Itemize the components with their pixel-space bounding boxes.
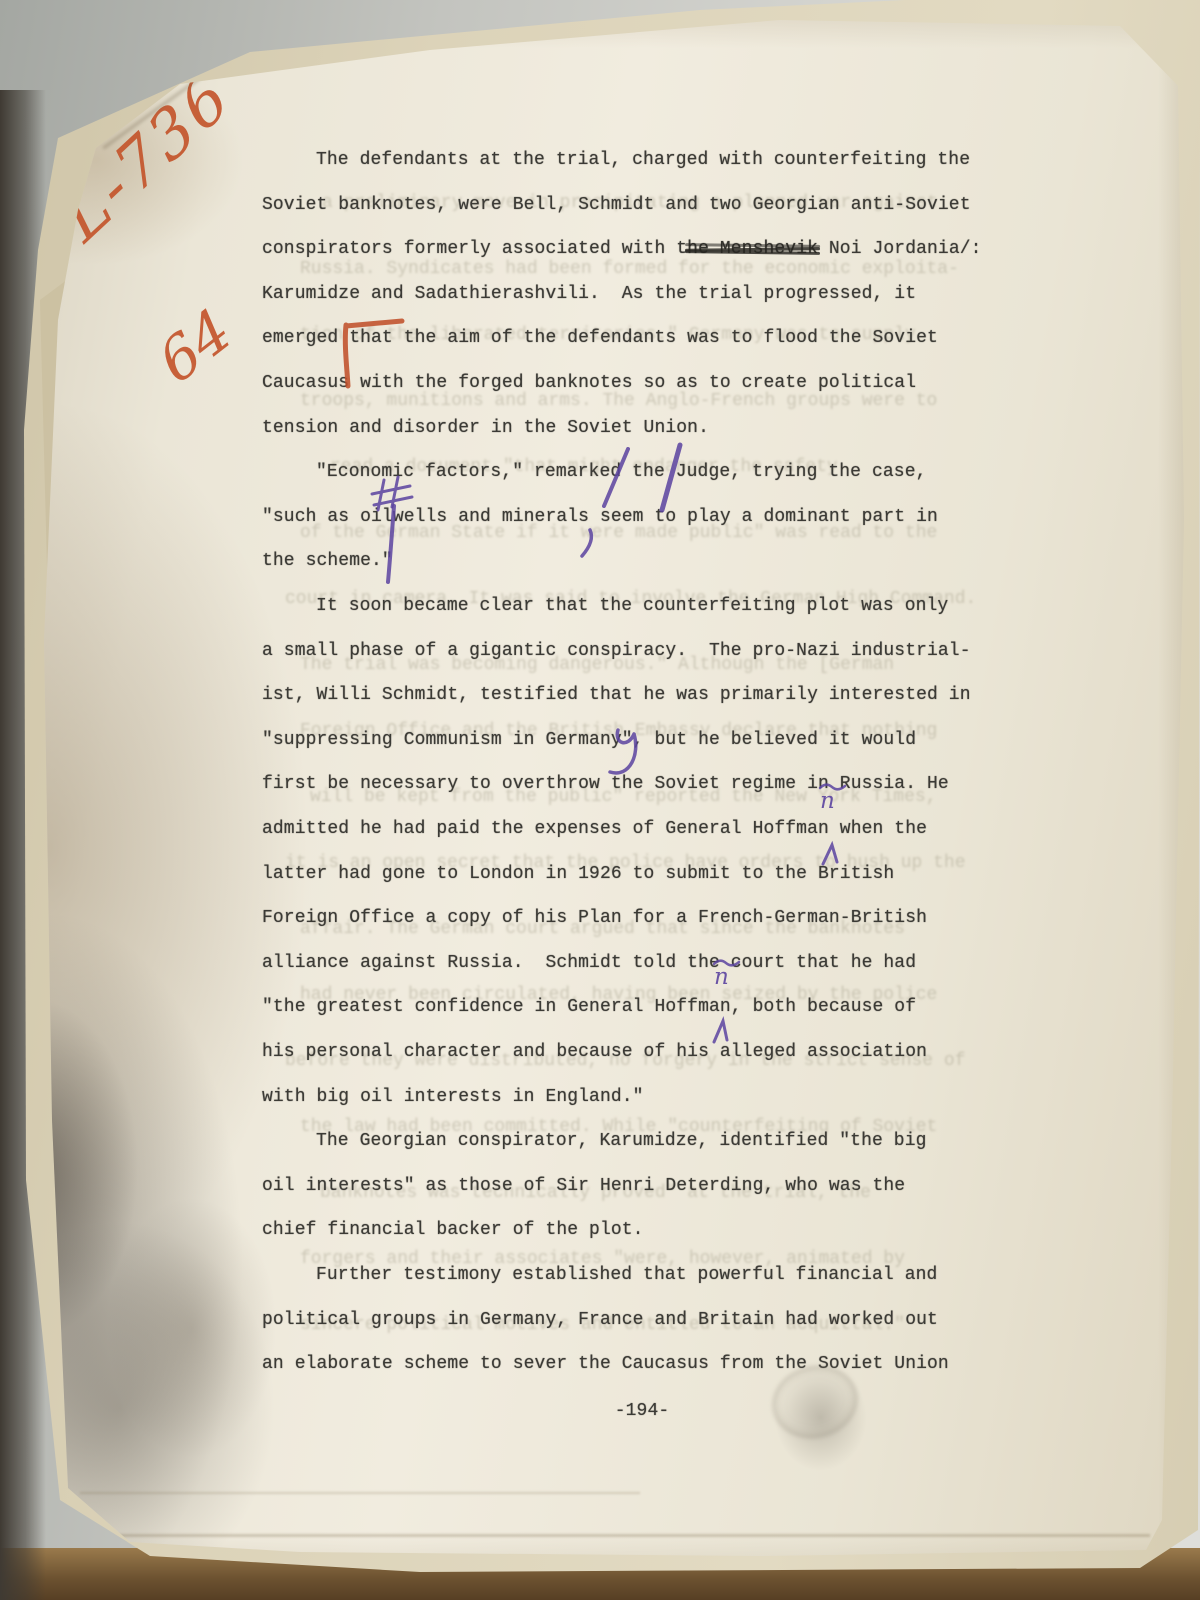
struck-out-text: he Menshevik	[687, 239, 818, 259]
transpose-mark	[604, 710, 678, 796]
document-page: a preliminary move in precipitating a pl…	[0, 0, 1200, 1600]
typed-line: It soon became clear that the counterfei…	[262, 594, 1056, 618]
typed-line: an elaborate scheme to sever the Caucasu…	[262, 1352, 1002, 1376]
typed-line: Foreign Office a copy of his Plan for a …	[262, 906, 1002, 930]
caret-under-n-1	[818, 840, 844, 868]
typed-line: his personal character and because of hi…	[262, 1040, 1002, 1064]
tilde-over-n-2	[712, 956, 742, 968]
tilde-over-n-1	[818, 780, 848, 792]
horizontal-crease	[70, 1534, 1150, 1537]
typed-line: Karumidze and Sadathierashvili. As the t…	[262, 282, 1002, 306]
typed-line: political groups in Germany, France and …	[262, 1308, 1002, 1332]
horizontal-crease	[80, 1492, 640, 1494]
typed-line: Soviet banknotes, were Bell, Schmidt and…	[262, 193, 1002, 217]
typed-line: alliance against Russia. Schmidt told th…	[262, 951, 1002, 975]
typed-line: oil interests" as those of Sir Henri Det…	[262, 1174, 1002, 1198]
typed-line: with big oil interests in England."	[262, 1085, 1002, 1109]
typed-line: conspirators formerly associated with th…	[262, 237, 1002, 261]
typed-line: "the greatest confidence in General Hoff…	[262, 995, 1002, 1019]
typed-line: ist, Willi Schmidt, testified that he wa…	[262, 683, 1002, 707]
typed-line: tension and disorder in the Soviet Union…	[262, 416, 1002, 440]
typed-line: The defendants at the trial, charged wit…	[262, 148, 1056, 172]
line-segment: conspirators formerly associated with t	[262, 239, 687, 259]
insert-space-mark	[370, 472, 420, 590]
caret-under-n-2	[710, 1016, 736, 1046]
photo-of-manuscript-page: a preliminary move in precipitating a pl…	[0, 0, 1200, 1600]
typed-line: Further testimony established that power…	[262, 1263, 1056, 1287]
insert-comma-mark	[578, 526, 600, 562]
lowercase-slash-mark	[596, 444, 636, 514]
typed-line: admitted he had paid the expenses of Gen…	[262, 817, 1002, 841]
typed-line: a small phase of a gigantic conspiracy. …	[262, 639, 1002, 663]
ghost-line: Russia. Syndicates had been formed for t…	[300, 259, 959, 279]
delete-comma-slash-mark	[652, 440, 688, 518]
margin-note-number: 64	[147, 295, 243, 397]
typed-line: The Georgian conspirator, Karumidze, ide…	[262, 1129, 1056, 1153]
typed-line: chief financial backer of the plot.	[262, 1218, 1002, 1242]
page-number: -194-	[262, 1399, 1022, 1423]
typed-line: latter had gone to London in 1926 to sub…	[262, 862, 1002, 886]
line-segment: Noi Jordania/:	[818, 239, 982, 259]
red-corner-bracket-mark	[334, 314, 414, 392]
